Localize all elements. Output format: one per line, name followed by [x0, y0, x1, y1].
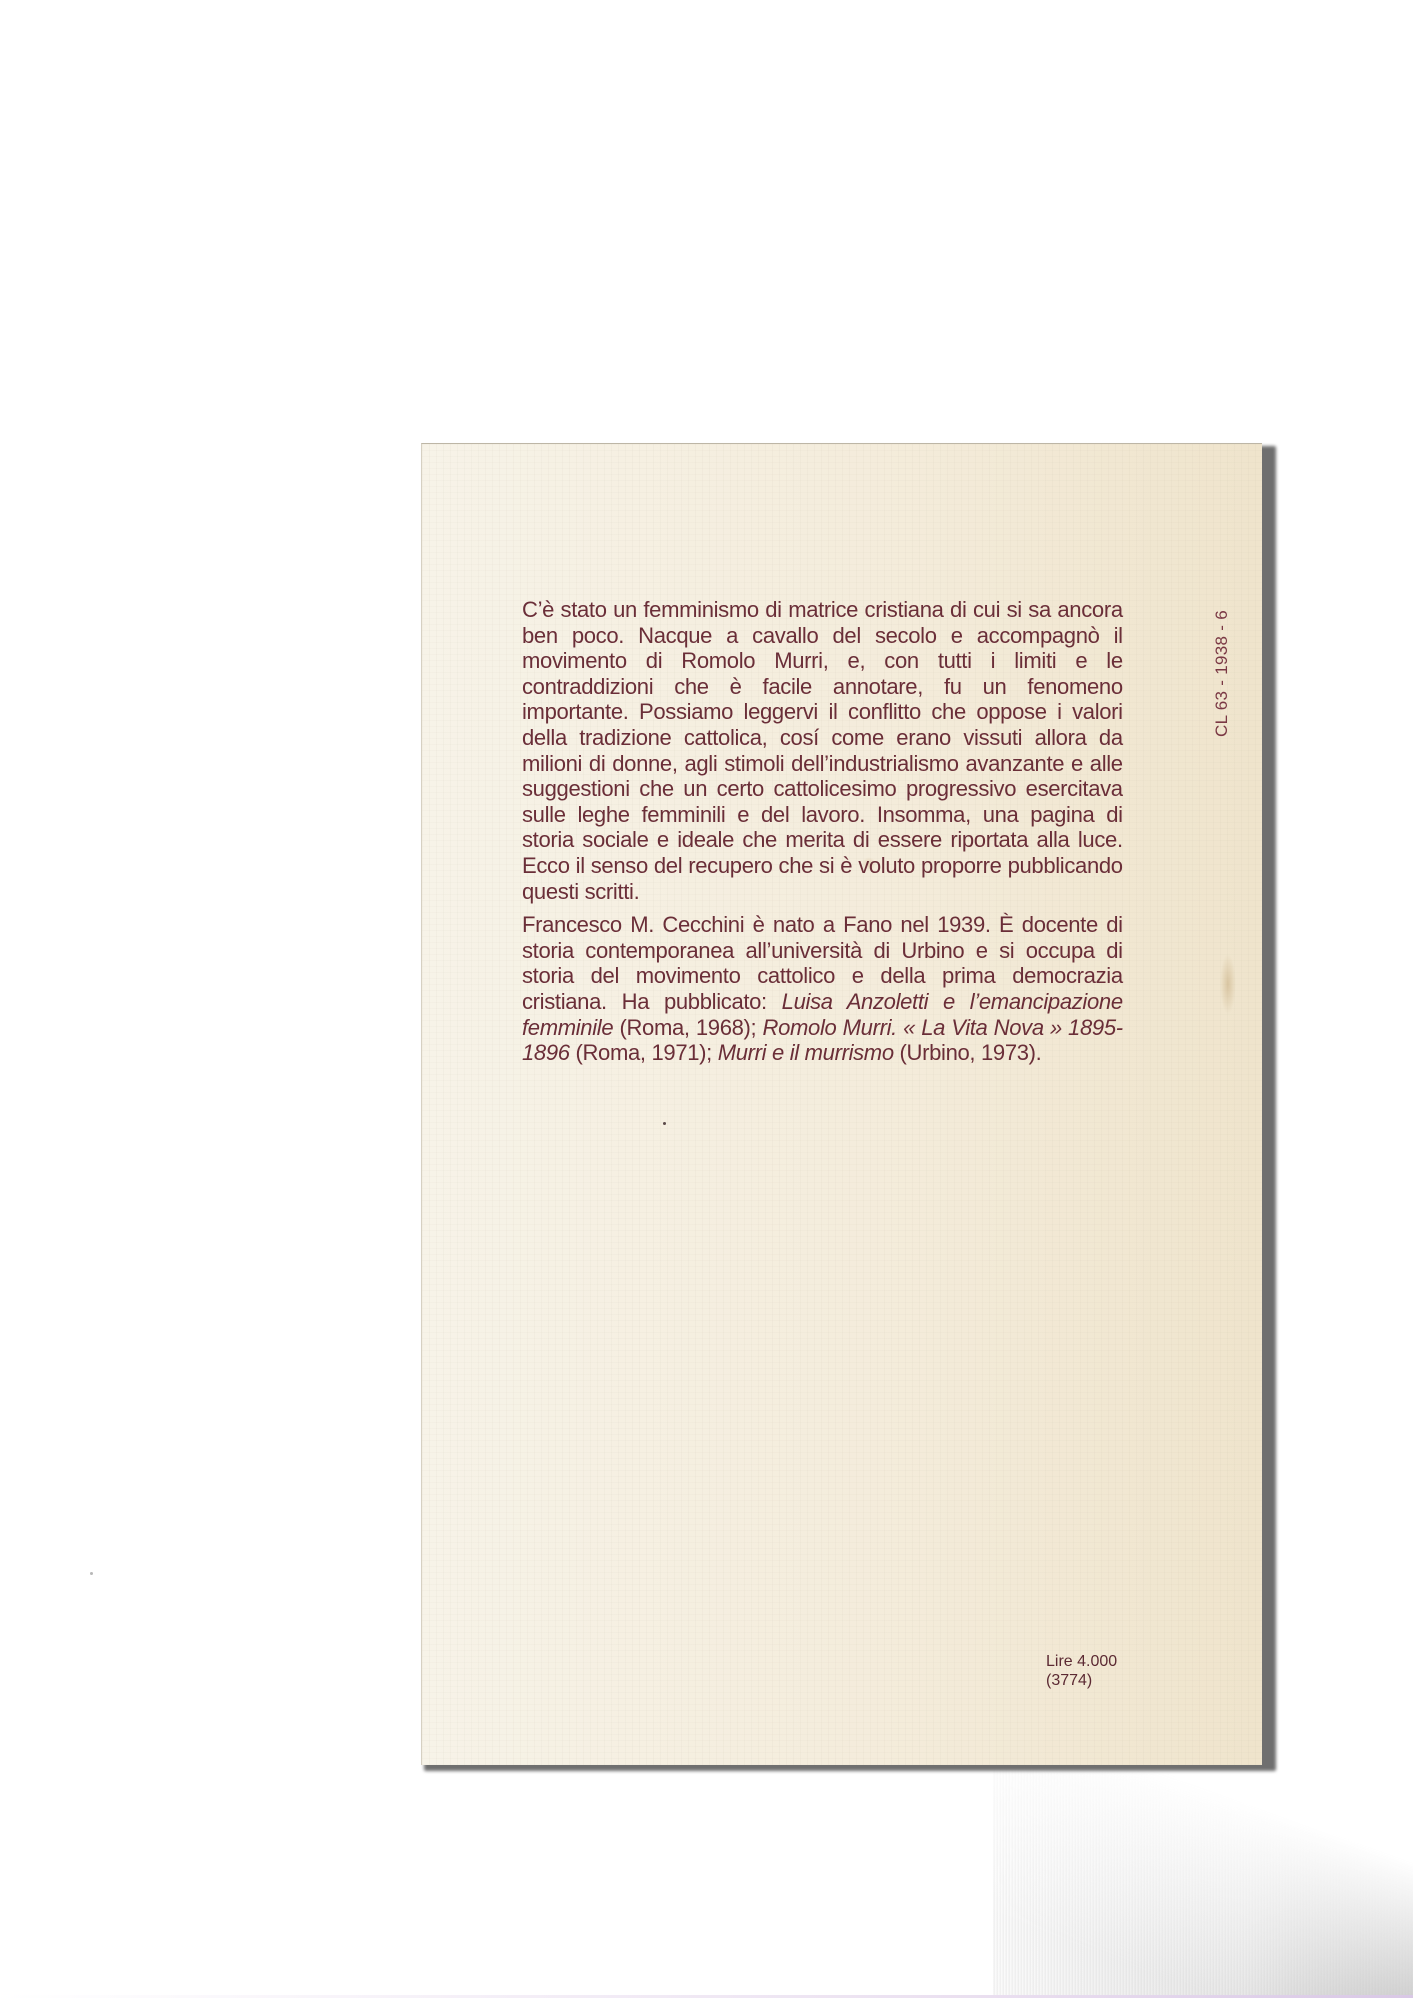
- author-bio-paragraph: Francesco M. Cecchini è nato a Fano nel …: [522, 912, 1123, 1066]
- paper-stain: [1220, 954, 1236, 1014]
- book-title: Murri e il murrismo: [718, 1040, 894, 1065]
- price-label: Lire 4.000: [1046, 1652, 1117, 1671]
- scanner-streak-artifact: [993, 1738, 1413, 1998]
- catalog-code: CL 63 - 1938 - 6: [1212, 577, 1240, 737]
- price-code: (3774): [1046, 1671, 1117, 1690]
- scan-speck: [90, 1572, 93, 1575]
- text-run: C’è stato un femminismo di matrice crist…: [522, 597, 1123, 904]
- blurb-text: C’è stato un femminismo di matrice crist…: [522, 597, 1123, 1066]
- book-back-cover: C’è stato un femminismo di matrice crist…: [421, 443, 1262, 1765]
- ink-dot: [663, 1122, 666, 1125]
- blurb-paragraph: C’è stato un femminismo di matrice crist…: [522, 597, 1123, 904]
- text-run: (Roma, 1971);: [570, 1040, 718, 1065]
- text-run: (Roma, 1968);: [613, 1015, 762, 1040]
- price-block: Lire 4.000 (3774): [1046, 1652, 1117, 1690]
- text-run: (Urbino, 1973).: [894, 1040, 1042, 1065]
